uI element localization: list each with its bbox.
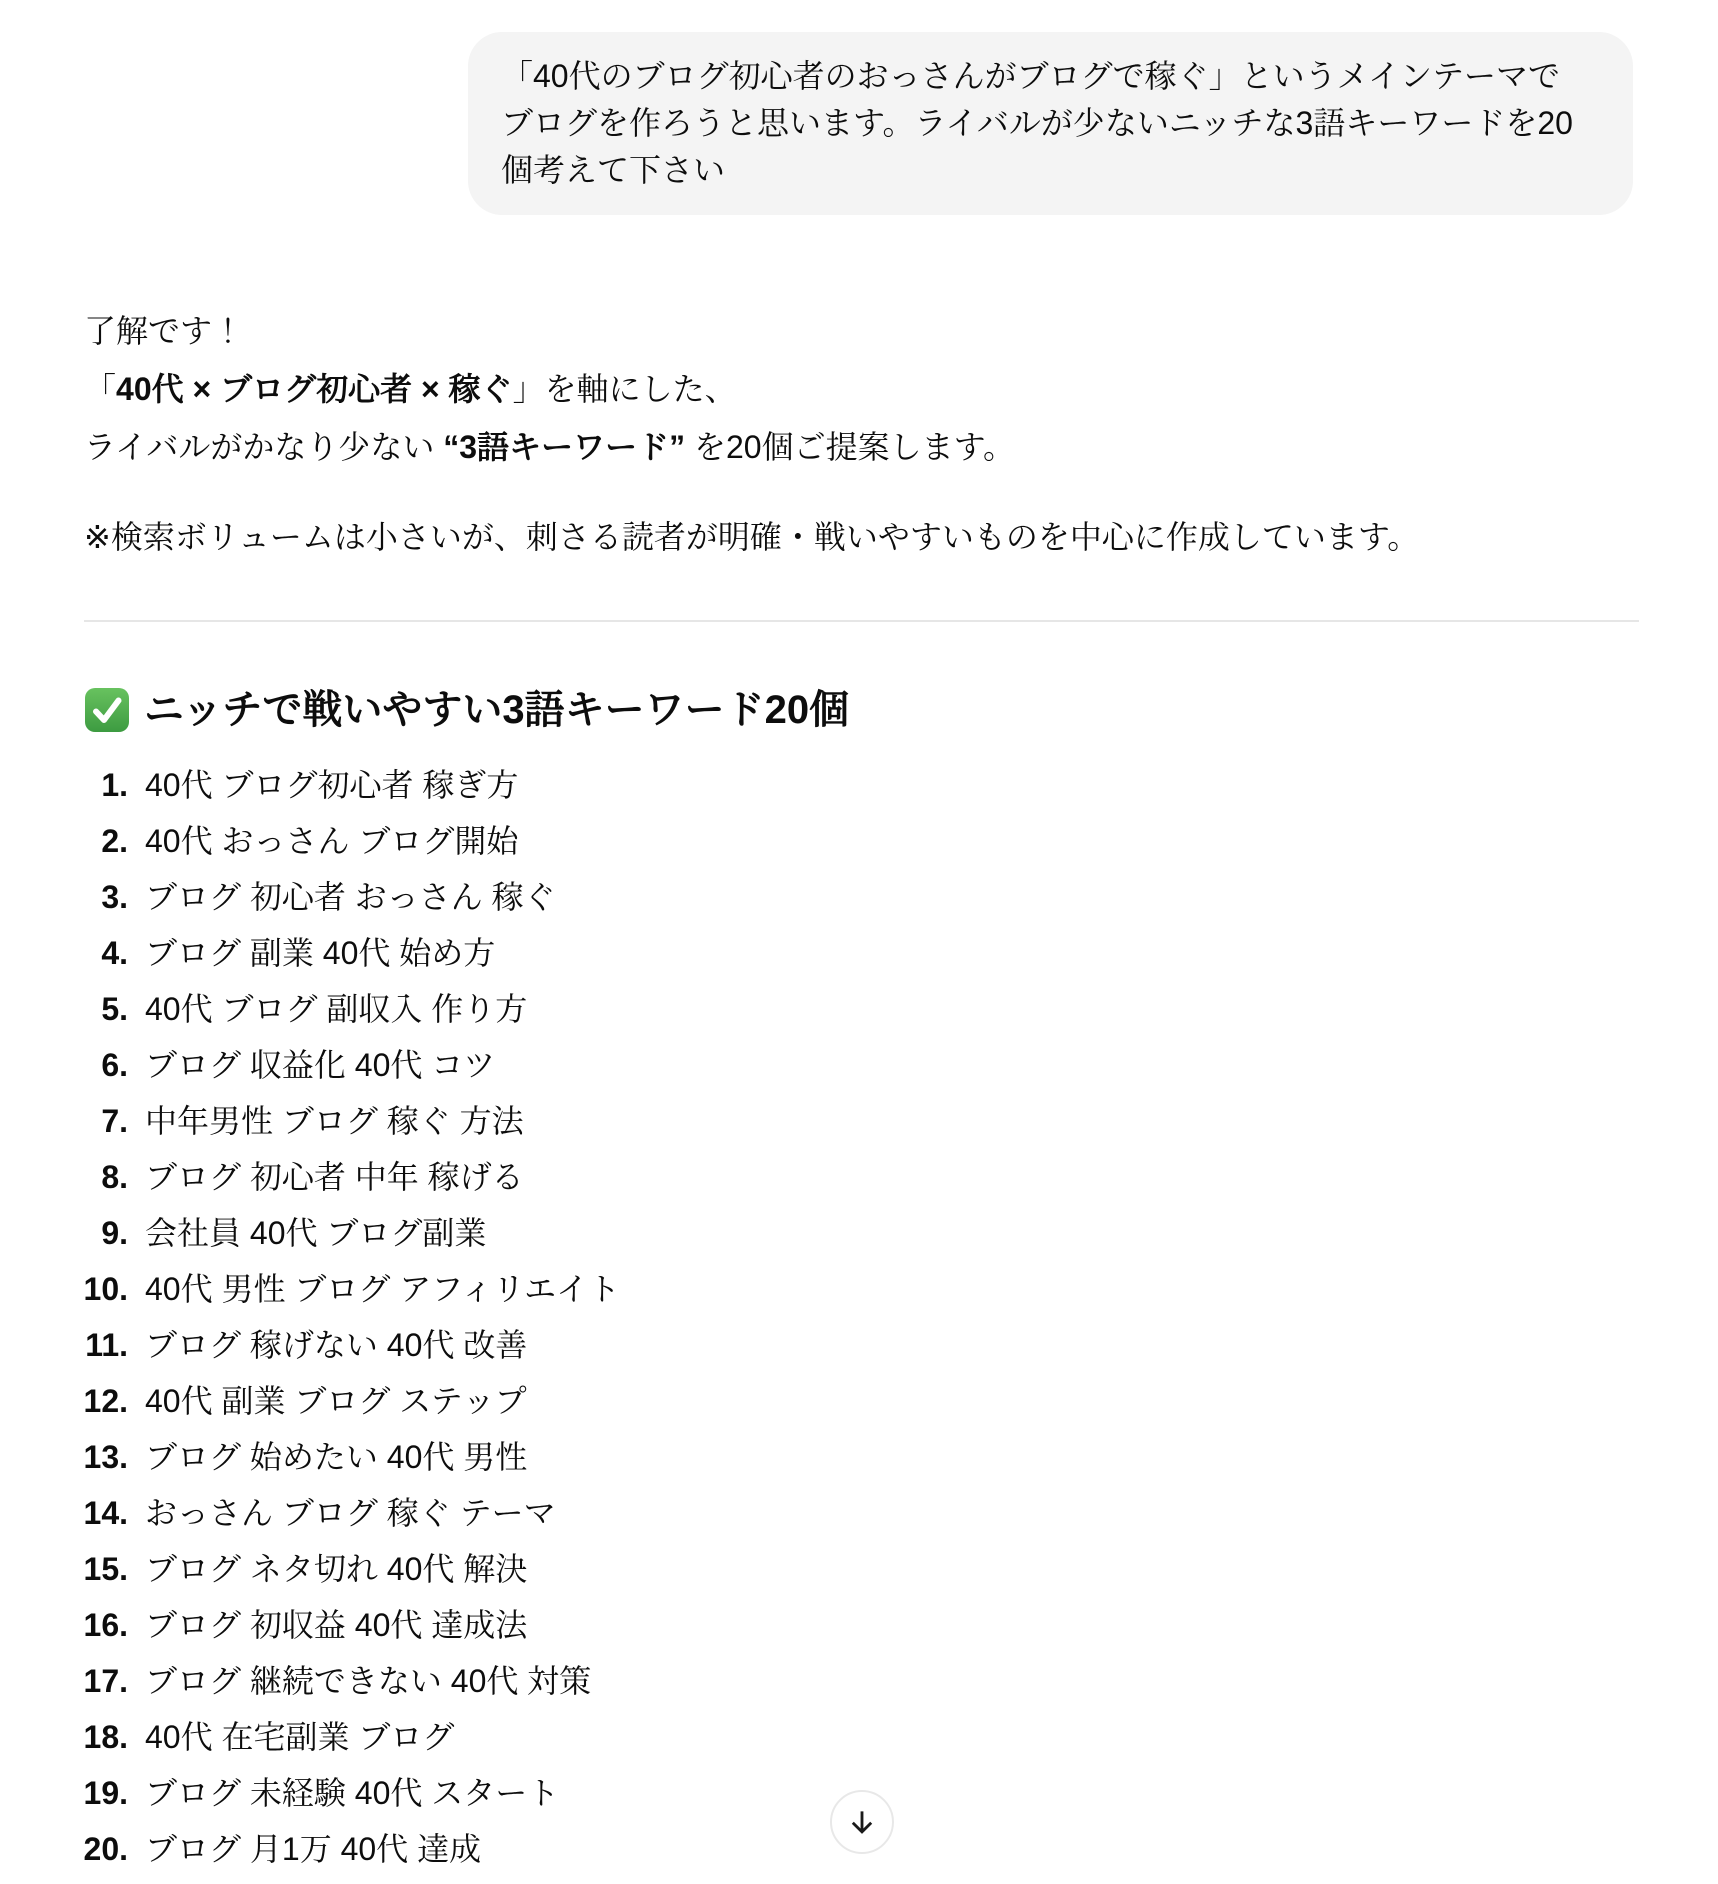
down-arrow-icon	[845, 1805, 879, 1839]
keyword-list-item: 40代 ブログ 副収入 作り方	[84, 981, 1639, 1037]
keyword-list-item: 40代 ブログ初心者 稼ぎ方	[84, 757, 1639, 813]
keyword-list-item: ブログ 始めたい 40代 男性	[84, 1429, 1639, 1485]
keyword-list-item: ブログ 副業 40代 始め方	[84, 925, 1639, 981]
keyword-list-item: ブログ 継続できない 40代 対策	[84, 1653, 1639, 1709]
user-message-bubble: 「40代のブログ初心者のおっさんがブログで稼ぐ」というメインテーマで ブログを作…	[468, 32, 1633, 215]
section-heading: ニッチで戦いやすい3語キーワード20個	[84, 680, 1639, 740]
keyword-list-item: 中年男性 ブログ 稼ぐ 方法	[84, 1093, 1639, 1149]
intro-line1: 了解です！	[84, 313, 244, 349]
conversation-column: 「40代のブログ初心者のおっさんがブログで稼ぐ」というメインテーマで ブログを作…	[79, 0, 1639, 1877]
assistant-note: ※検索ボリュームは小さいが、刺さる読者が明確・戦いやすいものを中心に作成していま…	[84, 508, 1639, 566]
keyword-list-item: ブログ ネタ切れ 40代 解決	[84, 1541, 1639, 1597]
user-message-line: 「40代のブログ初心者のおっさんがブログで稼ぐ」というメインテーマで	[501, 58, 1560, 94]
keyword-list-item: 40代 男性 ブログ アフィリエイト	[84, 1261, 1639, 1317]
keyword-list-item: ブログ 初心者 おっさん 稼ぐ	[84, 869, 1639, 925]
scroll-to-bottom-button[interactable]	[830, 1790, 894, 1854]
assistant-intro-paragraph: 了解です！ 「40代 × ブログ初心者 × 稼ぐ」を軸にした、 ライバルがかなり…	[84, 302, 1639, 476]
user-message-line: ブログを作ろうと思います。ライバルが少ないニッチな3語キーワードを20	[501, 105, 1573, 141]
user-message-line: 個考えて下さい	[501, 152, 725, 188]
section-heading-title: ニッチで戦いやすい3語キーワード20個	[144, 680, 849, 740]
intro-line2-suffix: 」を軸にした、	[513, 371, 737, 407]
intro-line3-suffix: を20個ご提案します。	[685, 429, 1015, 465]
keyword-list-item: 40代 副業 ブログ ステップ	[84, 1373, 1639, 1429]
section-divider	[84, 620, 1639, 622]
keyword-list-item: ブログ 収益化 40代 コツ	[84, 1037, 1639, 1093]
chat-page: 「40代のブログ初心者のおっさんがブログで稼ぐ」というメインテーマで ブログを作…	[0, 0, 1718, 1884]
keyword-list-item: おっさん ブログ 稼ぐ テーマ	[84, 1485, 1639, 1541]
keyword-list-item: ブログ 初収益 40代 達成法	[84, 1597, 1639, 1653]
keyword-list-item: ブログ 初心者 中年 稼げる	[84, 1149, 1639, 1205]
intro-line3-prefix: ライバルがかなり少ない	[84, 429, 443, 465]
keyword-list-item: 会社員 40代 ブログ副業	[84, 1205, 1639, 1261]
intro-line2-prefix: 「	[84, 371, 116, 407]
keyword-list-item: 40代 在宅副業 ブログ	[84, 1709, 1639, 1765]
assistant-message: 了解です！ 「40代 × ブログ初心者 × 稼ぐ」を軸にした、 ライバルがかなり…	[79, 302, 1639, 1877]
intro-line2-bold: 40代 × ブログ初心者 × 稼ぐ	[116, 371, 513, 407]
white-check-mark-emoji-icon	[84, 687, 130, 733]
keyword-list-item: ブログ 稼げない 40代 改善	[84, 1317, 1639, 1373]
keyword-list-item: 40代 おっさん ブログ開始	[84, 813, 1639, 869]
keyword-list: 40代 ブログ初心者 稼ぎ方 40代 おっさん ブログ開始 ブログ 初心者 おっ…	[84, 757, 1639, 1877]
intro-line3-bold: “3語キーワード”	[443, 429, 685, 465]
